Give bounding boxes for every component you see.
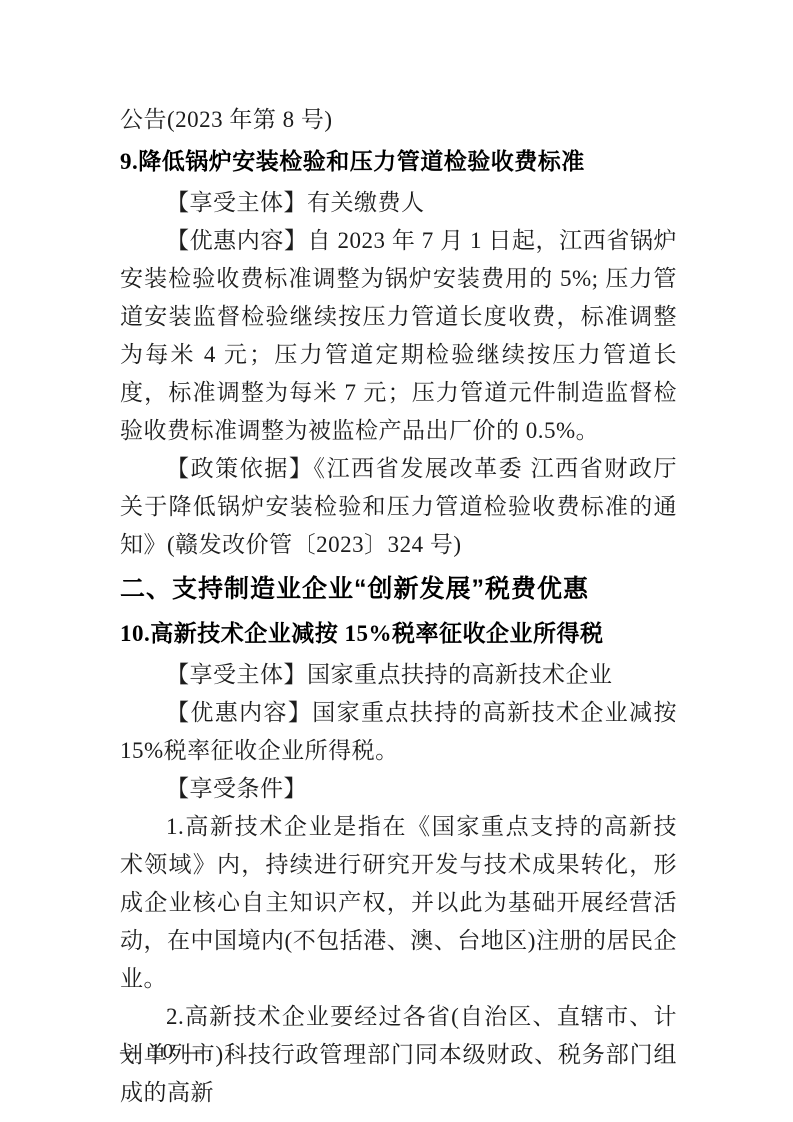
paragraph-item10-beneficiary: 【享受主体】国家重点扶持的高新技术企业	[120, 656, 677, 694]
paragraph-item10-conditions-label: 【享受条件】	[120, 770, 677, 808]
paragraph-item9-benefit: 【优惠内容】自 2023 年 7 月 1 日起，江西省锅炉安装检验收费标准调整为…	[120, 222, 677, 450]
item-9-heading: 9.降低锅炉安装检验和压力管道检验收费标准	[120, 141, 677, 183]
paragraph-item9-policy-basis: 【政策依据】《江西省发展改革委 江西省财政厅关于降低锅炉安装检验和压力管道检验收…	[120, 450, 677, 564]
paragraph-announcement-number: 公告(2023 年第 8 号)	[120, 101, 677, 139]
section-2-heading: 二、支持制造业企业“创新发展”税费优惠	[120, 567, 677, 611]
paragraph-item10-condition-1: 1.高新技术企业是指在《国家重点支持的高新技术领域》内，持续进行研究开发与技术成…	[120, 808, 677, 998]
page-number: — 10 —	[120, 1036, 206, 1066]
document-page: 公告(2023 年第 8 号) 9.降低锅炉安装检验和压力管道检验收费标准 【享…	[0, 0, 793, 1122]
document-body: 公告(2023 年第 8 号) 9.降低锅炉安装检验和压力管道检验收费标准 【享…	[120, 101, 677, 1112]
paragraph-item10-benefit: 【优惠内容】国家重点扶持的高新技术企业减按 15%税率征收企业所得税。	[120, 694, 677, 770]
item-10-heading: 10.高新技术企业减按 15%税率征收企业所得税	[120, 613, 677, 655]
paragraph-item9-beneficiary: 【享受主体】有关缴费人	[120, 184, 677, 222]
